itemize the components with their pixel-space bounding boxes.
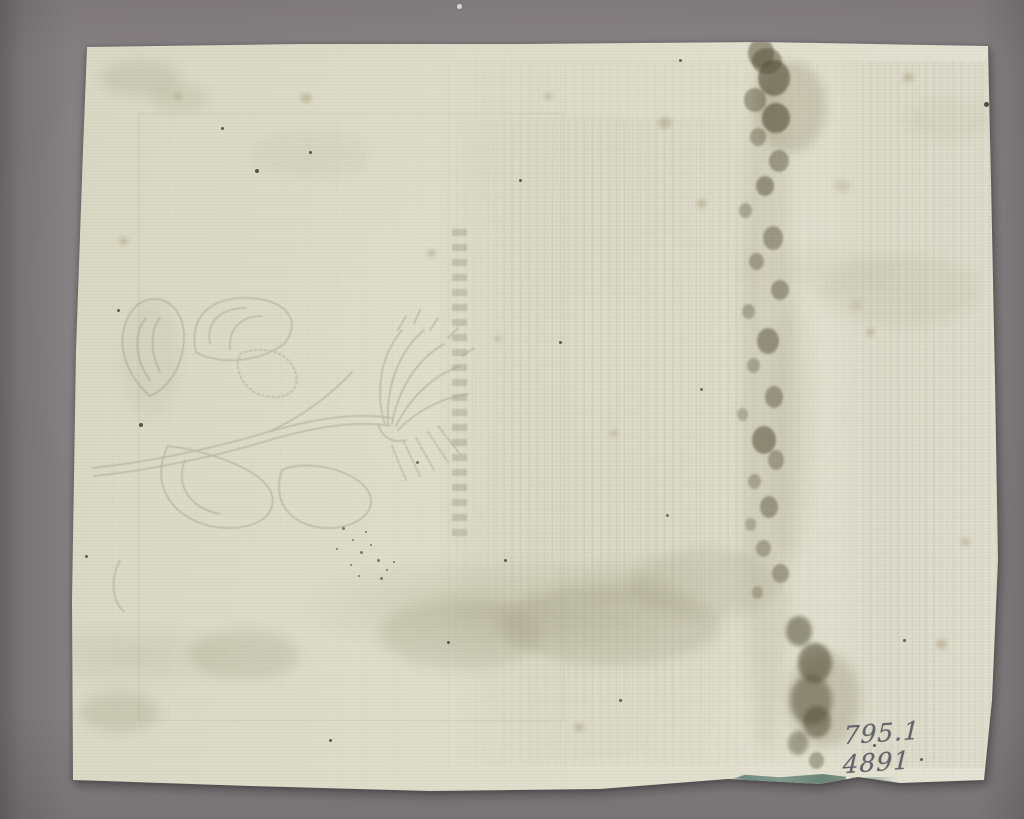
stain-foxing <box>936 639 947 649</box>
stain-band <box>809 752 824 769</box>
stain-band <box>771 280 789 300</box>
stain-band <box>768 450 784 470</box>
stain-band <box>749 253 764 270</box>
stain-band <box>786 616 812 646</box>
stain-band <box>769 150 789 172</box>
stain-band <box>748 474 761 489</box>
stain-foxing <box>697 199 707 208</box>
stain-band <box>757 328 779 354</box>
stain-speck-cluster <box>336 548 338 550</box>
stain-speck-cluster <box>377 559 380 562</box>
stain-speck <box>666 514 669 517</box>
stain-speck-cluster <box>350 564 352 566</box>
stain-band <box>762 103 790 133</box>
stain-foxing <box>494 336 501 342</box>
stain-foxing <box>903 73 914 82</box>
stain-speck <box>139 423 143 427</box>
stain-foxing <box>610 430 618 437</box>
paper-sheet-verso: 795.1 4891 <box>0 0 1024 819</box>
stain-speck <box>619 699 622 702</box>
stain-foxing <box>300 93 312 103</box>
stain-band <box>742 304 755 319</box>
stain-speck <box>559 341 562 344</box>
stain-speck-cluster <box>393 561 395 563</box>
stain-speck-cluster <box>358 575 360 577</box>
stain-band <box>747 358 760 373</box>
stain-speck <box>329 739 332 742</box>
stain-speck <box>903 639 906 642</box>
stain-band <box>803 706 831 738</box>
stain-speck <box>416 461 419 464</box>
stain-band <box>750 128 766 146</box>
stain-foxing <box>961 538 970 546</box>
stain-smudge <box>120 300 180 420</box>
stain-foxing <box>544 93 552 100</box>
stain-band <box>739 203 752 218</box>
stain-band <box>765 386 783 408</box>
stain-foxing <box>119 237 128 245</box>
stain-smudge <box>80 692 160 732</box>
stain-speck-cluster <box>370 544 372 546</box>
photograph-backdrop: 795.1 4891 <box>0 0 1024 819</box>
stain-band <box>756 540 771 557</box>
stain-speck-cluster <box>386 569 388 571</box>
stain-band <box>744 88 766 112</box>
stain-foxing <box>834 180 850 192</box>
stain-foxing <box>427 249 436 257</box>
stain-band <box>788 731 808 755</box>
stain-band <box>745 518 756 531</box>
stain-speck <box>117 309 120 312</box>
stain-speck <box>519 179 522 182</box>
stain-speck-cluster <box>365 531 367 533</box>
stain-smudge <box>380 600 540 670</box>
stain-band <box>763 226 783 250</box>
stain-smudge <box>905 100 995 140</box>
stain-band <box>760 496 778 518</box>
stain-smudge <box>150 84 210 112</box>
stain-speck <box>85 555 88 558</box>
stain-band <box>756 176 774 196</box>
paper-sheet-wrapper: 795.1 4891 <box>0 0 1024 819</box>
stain-speck-cluster <box>352 539 354 541</box>
stain-smudge <box>250 130 370 180</box>
stain-speck <box>309 151 312 154</box>
stain-foxing <box>658 117 672 129</box>
stain-speck <box>504 559 507 562</box>
stain-speck <box>700 388 703 391</box>
stain-speck <box>221 127 224 130</box>
stain-speck <box>447 641 450 644</box>
stain-speck <box>679 59 682 62</box>
stain-speck-cluster <box>380 577 383 580</box>
stain-speck-cluster <box>360 551 363 554</box>
stain-speck <box>984 102 989 107</box>
accession-number-inscription: 795.1 4891 <box>842 717 993 774</box>
stain-smudge <box>190 630 300 680</box>
stain-foxing <box>866 328 875 336</box>
stain-band <box>737 408 748 421</box>
stain-smudge <box>820 255 980 325</box>
stain-speck <box>255 169 259 173</box>
stain-foxing <box>574 723 584 732</box>
stain-speck-cluster <box>342 527 345 530</box>
